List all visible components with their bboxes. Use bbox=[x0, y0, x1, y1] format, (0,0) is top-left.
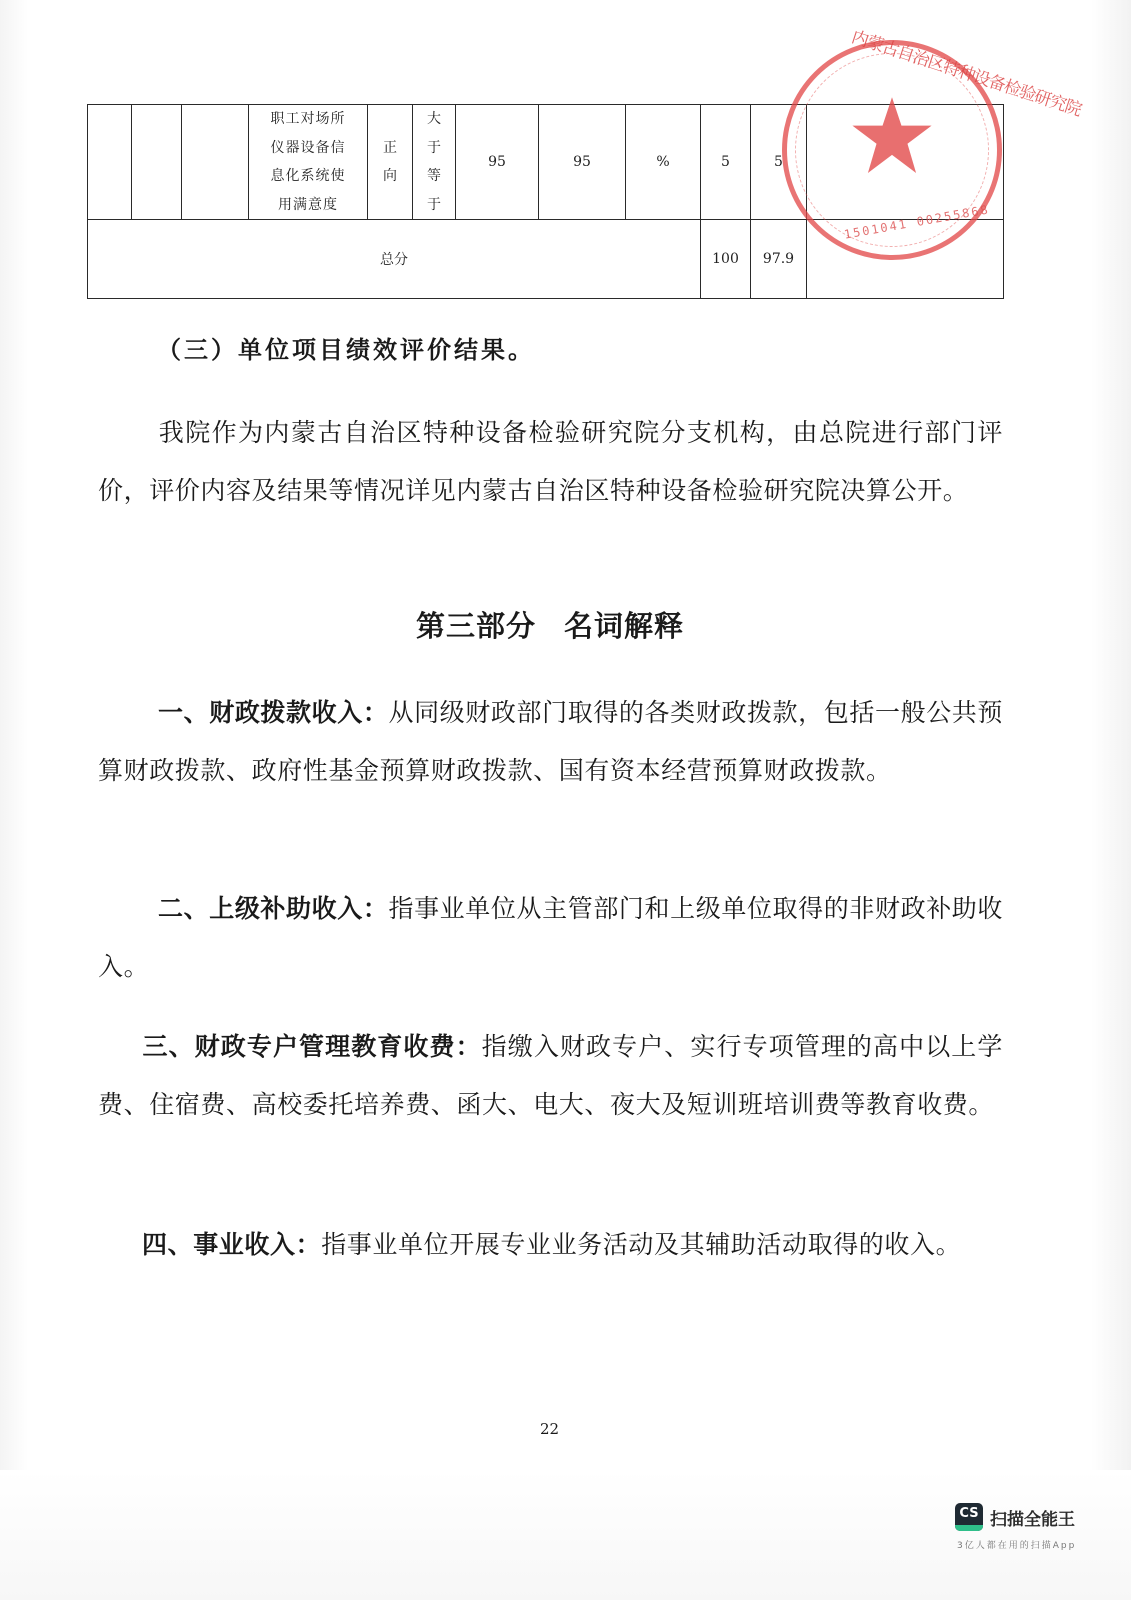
target-value-cell: 95 bbox=[456, 105, 539, 220]
direction-cell: 正 向 bbox=[368, 105, 413, 220]
comparison-char: 于 bbox=[413, 134, 455, 163]
comparison-char: 大 bbox=[413, 105, 455, 134]
watermark-app-name: 扫描全能王 bbox=[990, 1505, 1075, 1530]
total-row: 总分 100 97.9 bbox=[88, 220, 1004, 299]
remark-cell bbox=[807, 105, 1004, 220]
term-definition: 四、事业收入：指事业单位开展专业业务活动及其辅助活动取得的收入。 bbox=[98, 1216, 1003, 1274]
term-definition: 三、财政专户管理教育收费：指缴入财政专户、实行专项管理的高中以上学费、住宿费、高… bbox=[98, 1018, 1003, 1134]
term-label: 四、事业收入： bbox=[142, 1230, 321, 1259]
part-title: 第三部分名词解释 bbox=[0, 604, 1100, 645]
scanner-watermark: CS 扫描全能王 3亿人都在用的扫描App bbox=[955, 1503, 1105, 1553]
performance-score-table: 职工对场所 仪器设备信 息化系统使 用满意度 正 向 大 于 等 于 95 95… bbox=[87, 104, 1004, 299]
comparison-char: 等 bbox=[413, 162, 455, 191]
indicator-line: 息化系统使 bbox=[249, 162, 367, 191]
part-title-name: 名词解释 bbox=[564, 609, 684, 643]
score-cell: 5 bbox=[751, 105, 807, 220]
direction-char: 正 bbox=[368, 134, 412, 163]
comparison-cell: 大 于 等 于 bbox=[413, 105, 456, 220]
actual-value-cell: 95 bbox=[539, 105, 626, 220]
indicator-name-cell: 职工对场所 仪器设备信 息化系统使 用满意度 bbox=[249, 105, 368, 220]
part-title-number: 第三部分 bbox=[416, 609, 536, 643]
indicator-line: 用满意度 bbox=[249, 191, 367, 220]
page-edge-shadow-right bbox=[1091, 0, 1131, 1600]
direction-char: 向 bbox=[368, 162, 412, 191]
watermark-tagline: 3亿人都在用的扫描App bbox=[957, 1538, 1076, 1551]
level2-indicator-cell bbox=[132, 105, 182, 220]
term-label: 二、上级补助收入： bbox=[158, 894, 388, 923]
weight-cell: 5 bbox=[701, 105, 751, 220]
term-definition: 二、上级补助收入：指事业单位从主管部门和上级单位取得的非财政补助收入。 bbox=[98, 880, 1003, 996]
total-weight-cell: 100 bbox=[701, 220, 751, 299]
term-text: 指事业单位开展专业业务活动及其辅助活动取得的收入。 bbox=[321, 1230, 961, 1259]
sub-section-heading: （三）单位项目绩效评价结果。 bbox=[157, 330, 535, 365]
level3-indicator-cell bbox=[182, 105, 249, 220]
indicator-line: 职工对场所 bbox=[249, 105, 367, 134]
unit-cell: % bbox=[626, 105, 701, 220]
term-label: 三、财政专户管理教育收费： bbox=[142, 1032, 482, 1061]
comparison-char: 于 bbox=[413, 191, 455, 220]
page-number: 22 bbox=[540, 1420, 559, 1438]
total-remark-cell bbox=[807, 220, 1004, 299]
level1-indicator-cell bbox=[88, 105, 132, 220]
evaluation-result-paragraph: 我院作为内蒙古自治区特种设备检验研究院分支机构，由总院进行部门评价，评价内容及结… bbox=[98, 404, 1003, 520]
table-row: 职工对场所 仪器设备信 息化系统使 用满意度 正 向 大 于 等 于 95 95… bbox=[88, 105, 1004, 220]
paragraph-text: 我院作为内蒙古自治区特种设备检验研究院分支机构，由总院进行部门评价，评价内容及结… bbox=[98, 418, 1003, 505]
total-label-cell: 总分 bbox=[88, 220, 701, 299]
page-edge-shadow-left bbox=[0, 0, 28, 1600]
total-score-cell: 97.9 bbox=[751, 220, 807, 299]
term-definition: 一、财政拨款收入：从同级财政部门取得的各类财政拨款，包括一般公共预算财政拨款、政… bbox=[98, 684, 1003, 800]
term-label: 一、财政拨款收入： bbox=[158, 698, 388, 727]
camscanner-logo-icon: CS bbox=[955, 1503, 983, 1531]
indicator-line: 仪器设备信 bbox=[249, 134, 367, 163]
